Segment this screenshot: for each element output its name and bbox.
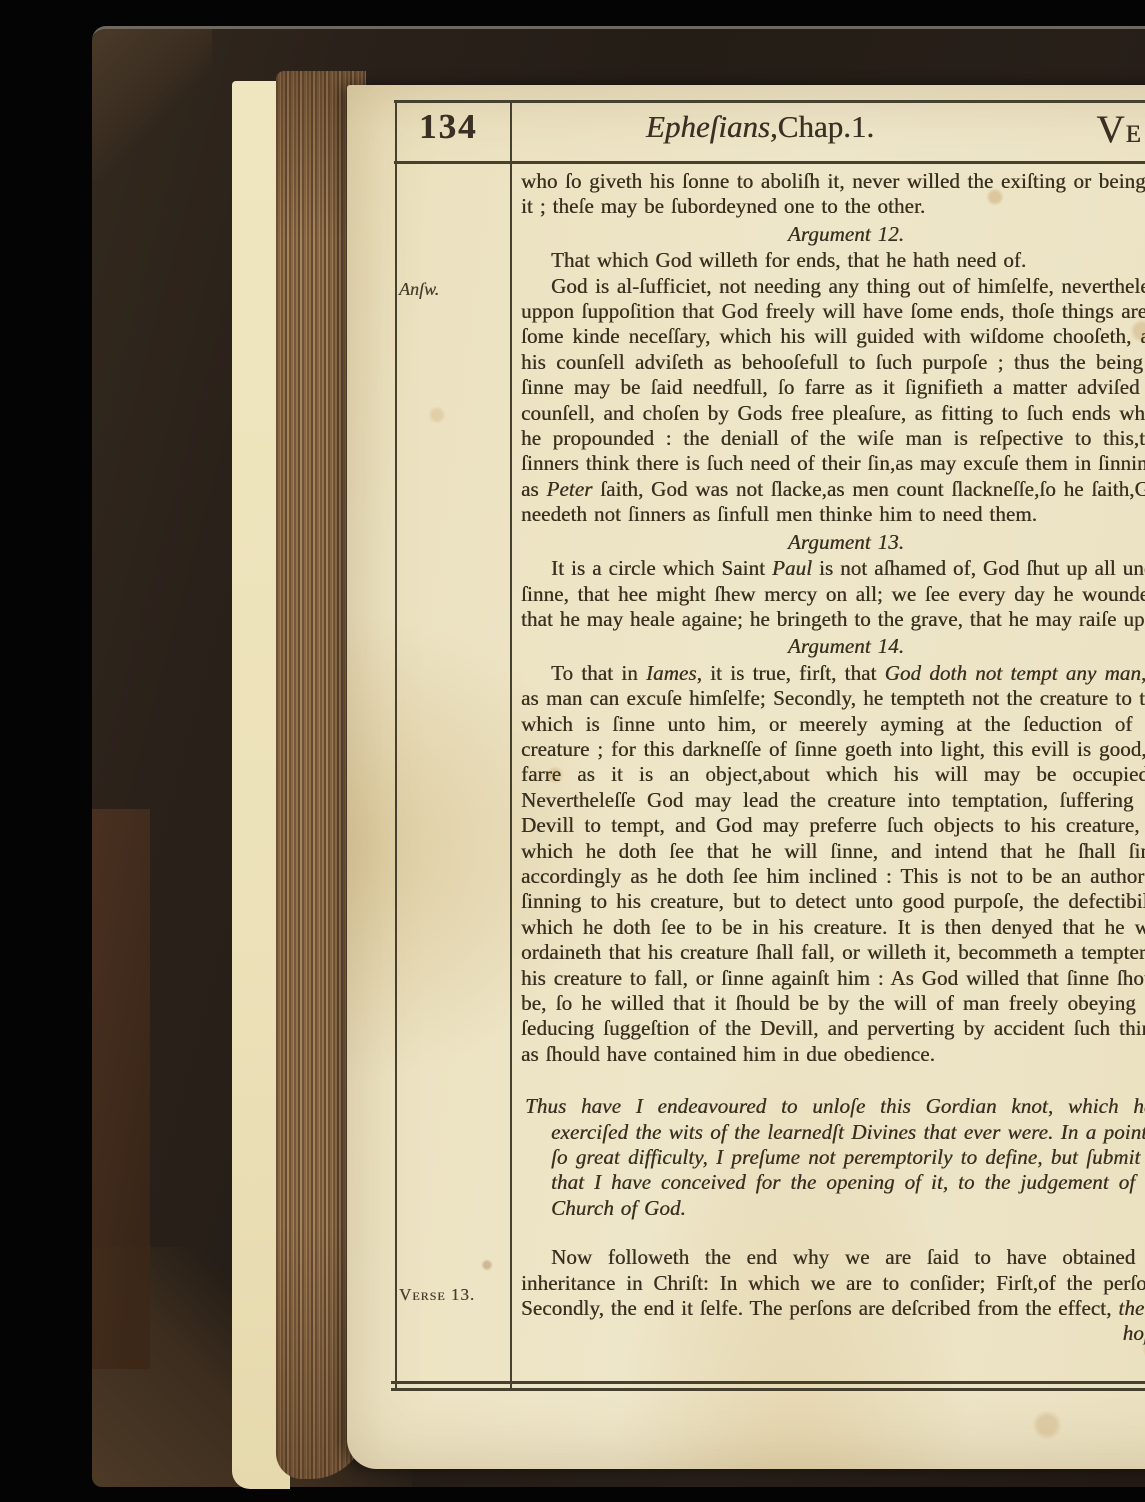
argument-heading: Argument 12.: [521, 222, 1145, 247]
text-run: God is al-ſufficiet, not needing any thi…: [521, 274, 1145, 501]
frame-rule-bottom-inner: [391, 1388, 1145, 1391]
italic-text-run: God doth not tempt any man: [885, 661, 1141, 685]
italic-text-run: Peter: [546, 477, 592, 501]
italic-text-run: Argument 14.: [788, 634, 904, 658]
paragraph: God is al-ſufficiet, not needing any thi…: [521, 274, 1145, 528]
running-title-chapter: Chap.1.: [778, 109, 874, 144]
frame-rule-under-header: [394, 161, 1145, 164]
paragraph: It is a circle which Saint Paul is not a…: [521, 556, 1145, 632]
italic-text-run: Paul: [772, 556, 812, 580]
leather-spine-patch: [92, 809, 150, 1369]
frame-rule-left: [395, 100, 397, 1388]
text-run: ſaith, God was not ſlacke,as men count ſ…: [521, 477, 1145, 526]
running-title: Epheſians,Chap.1.: [510, 109, 1010, 145]
page-number: 134: [419, 107, 509, 147]
catchword: hope;: [521, 1321, 1145, 1346]
text-run: , ſo as man can excuſe himſelfe; Secondl…: [521, 661, 1145, 1066]
italic-text-run: Argument 13.: [788, 530, 904, 554]
text-run: who ſo giveth his ſonne to aboliſh it, n…: [521, 169, 1145, 218]
italic-text-run: Argument 12.: [788, 222, 904, 246]
paragraph: To that in Iames, it is true, firſt, tha…: [521, 661, 1145, 1068]
italic-text-run: Thus have I endeavoured to unloſe this G…: [525, 1094, 1145, 1220]
leather-corner-top: [92, 29, 212, 179]
book-cover: 134 Epheſians,Chap.1. VER.12. Anſw. Vers…: [92, 26, 1145, 1487]
paragraph: who ſo giveth his ſonne to aboliſh it, n…: [521, 169, 1145, 220]
paragraph: That which God willeth for ends, that he…: [521, 248, 1145, 273]
argument-heading: Argument 13.: [521, 530, 1145, 555]
screenshot-root: { "page": { "number": "134", "header": {…: [0, 0, 1145, 1502]
book-page: 134 Epheſians,Chap.1. VER.12. Anſw. Vers…: [347, 85, 1145, 1469]
argument-heading: Argument 14.: [521, 634, 1145, 659]
text-run: To that in: [551, 661, 646, 685]
text-run: Now followeth the end why we are ſaid to…: [521, 1245, 1145, 1320]
frame-rule-margin: [510, 100, 512, 1388]
text-run: It is a circle which Saint: [551, 556, 772, 580]
italic-text-run: their: [1118, 1296, 1145, 1320]
running-title-book: Epheſians,: [646, 109, 778, 144]
frame-rule-bottom-outer: [391, 1381, 1145, 1384]
text-column: who ſo giveth his ſonne to aboliſh it, n…: [521, 169, 1145, 1347]
verse-header-label: VER.12.: [1096, 107, 1145, 152]
italic-text-run: hope;: [1123, 1321, 1145, 1345]
author-aside-paragraph: Thus have I endeavoured to unloſe this G…: [521, 1094, 1145, 1221]
margin-note-answer: Anſw.: [399, 279, 507, 300]
text-run: That which God willeth for ends, that he…: [551, 248, 1026, 272]
text-run: , it is true, firſt, that: [697, 661, 885, 685]
frame-rule-top: [394, 100, 1145, 103]
paragraph: Now followeth the end why we are ſaid to…: [521, 1245, 1145, 1321]
margin-note-verse-13: Verse 13.: [399, 1285, 507, 1305]
italic-text-run: Iames: [646, 661, 697, 685]
